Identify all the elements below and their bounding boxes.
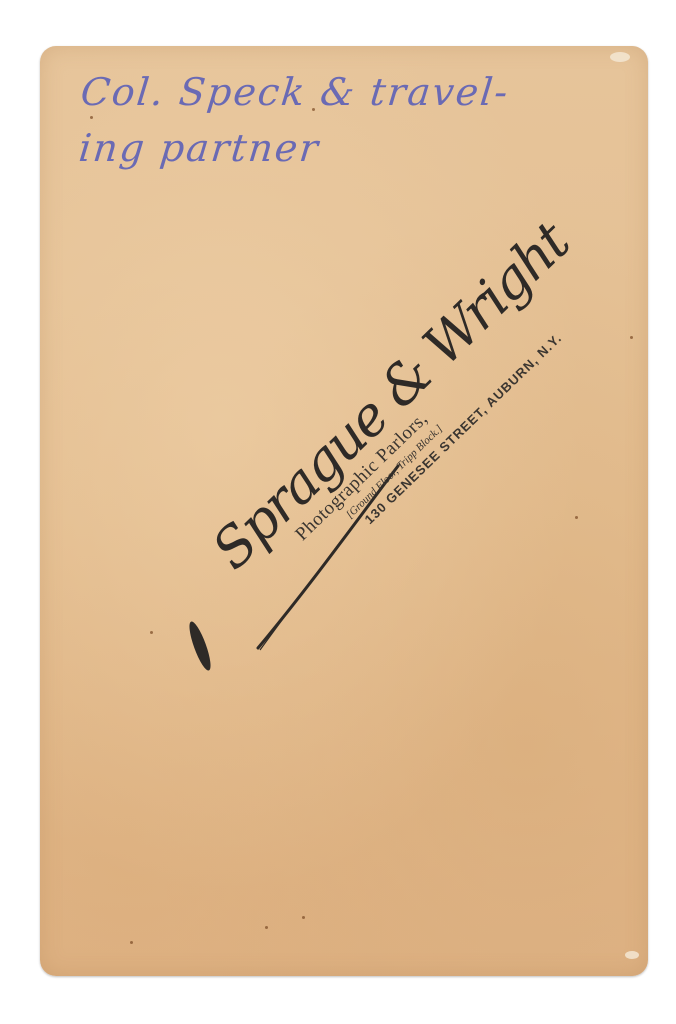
- handwritten-note: Col. Speck & travel- ing partner: [72, 64, 624, 176]
- cabinet-card-back: Col. Speck & travel- ing partner Sprague…: [40, 46, 648, 976]
- corner-wear: [625, 951, 639, 959]
- speck: [302, 916, 305, 919]
- speck: [265, 926, 268, 929]
- speck: [150, 631, 153, 634]
- corner-wear: [610, 52, 630, 62]
- handwritten-line-2: ing partner: [72, 120, 618, 176]
- speck: [630, 336, 633, 339]
- photographer-imprint: Sprague & Wright Photographic Parlors, […: [160, 386, 580, 726]
- handwritten-line-1: Col. Speck & travel-: [78, 64, 624, 120]
- speck: [130, 941, 133, 944]
